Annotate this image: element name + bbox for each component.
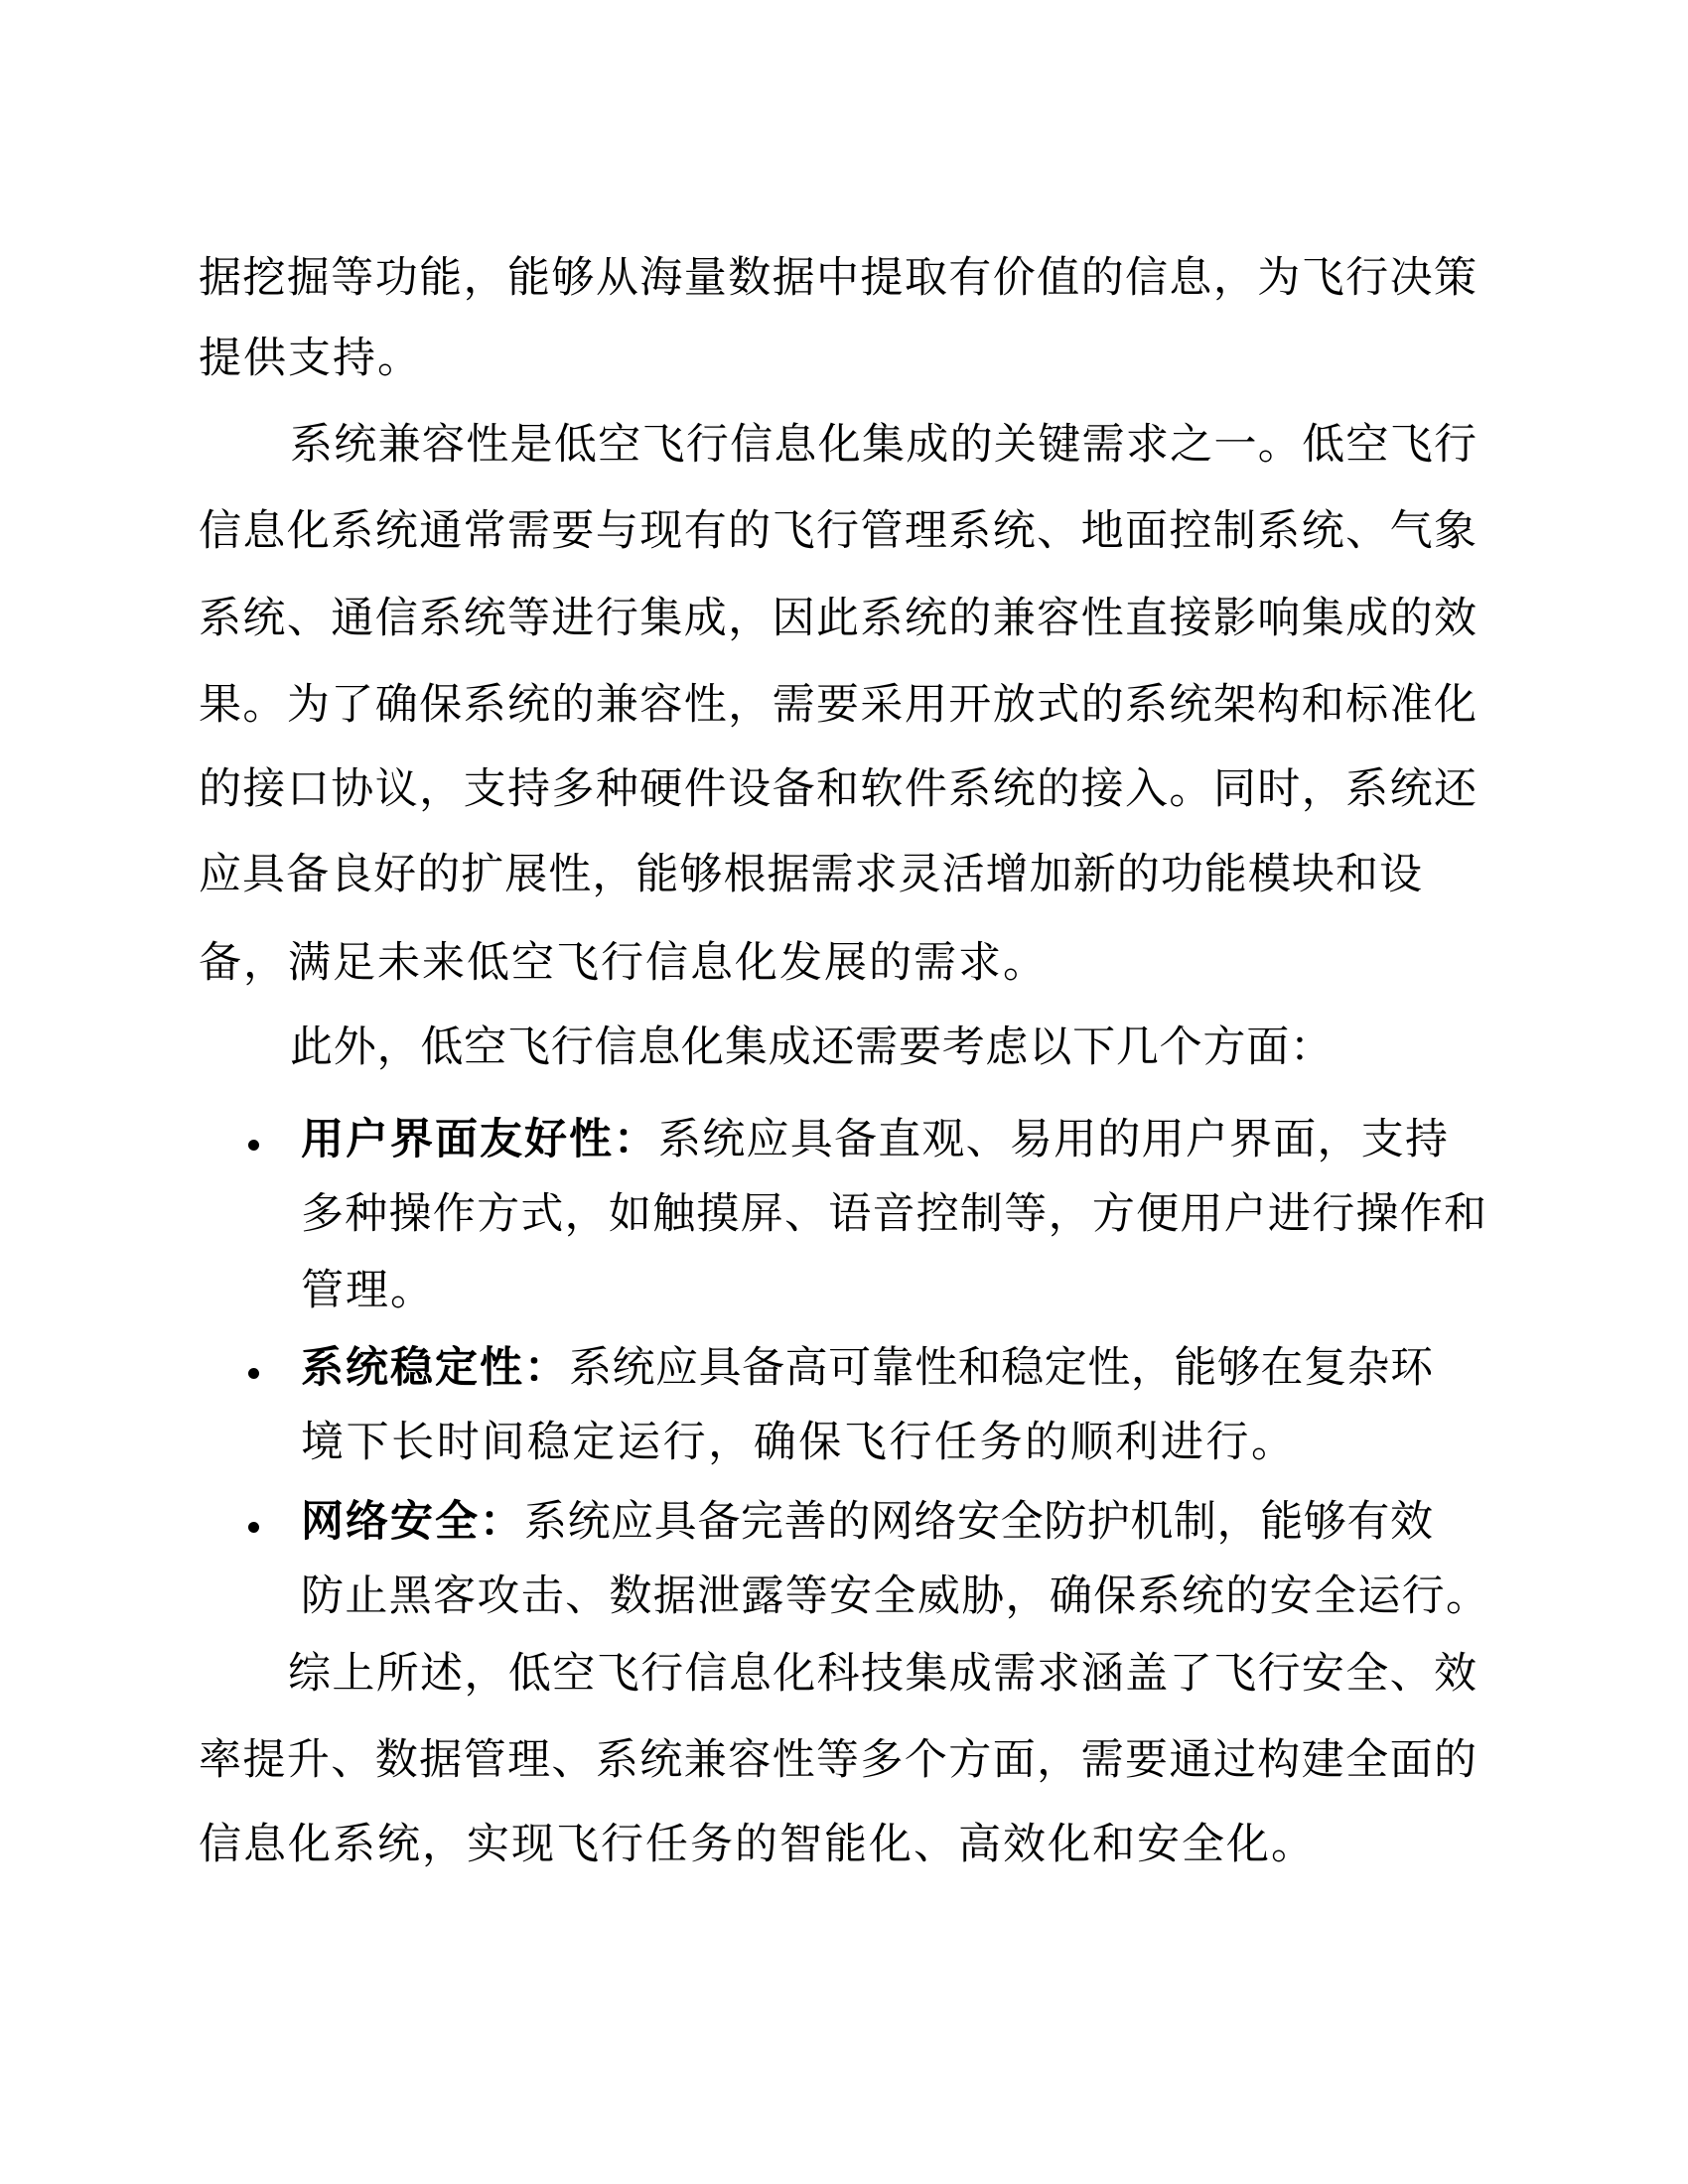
bullet-first-line: 系统稳定性： 系统应具备高可靠性和稳定性，能够在复杂环 xyxy=(301,1342,1433,1394)
bullet-first-line: 用户界面友好性： 系统应具备直观、易用的用户界面，支持 xyxy=(301,1114,1448,1165)
text-line: 备，满足未来低空飞行信息化发展的需求。 xyxy=(199,937,1048,989)
bullet-heading: 用户界面友好性： xyxy=(301,1114,658,1165)
bullet-first-line: 网络安全： 系统应具备完善的网络安全防护机制，能够有效 xyxy=(301,1496,1433,1548)
bullet-continuation-line: 多种操作方式，如触摸屏、语音控制等，方便用户进行操作和 xyxy=(301,1188,1486,1240)
text-line: 综上所述，低空飞行信息化科技集成需求涵盖了飞行安全、效 xyxy=(288,1648,1477,1700)
bullet-dot-icon xyxy=(248,1522,259,1533)
text-line: 提供支持。 xyxy=(199,333,422,384)
bullet-continuation-line: 防止黑客攻击、数据泄露等安全威胁，确保系统的安全运行。 xyxy=(301,1570,1488,1622)
text-line: 应具备良好的扩展性，能够根据需求灵活增加新的功能模块和设 xyxy=(199,849,1422,900)
bullet-continuation-line: 管理。 xyxy=(301,1265,435,1316)
text-line: 果。为了确保系统的兼容性，需要采用开放式的系统架构和标准化 xyxy=(199,679,1477,731)
text-line: 据挖掘等功能，能够从海量数据中提取有价值的信息，为飞行决策 xyxy=(199,252,1477,304)
text-line: 的接口协议，支持多种硬件设备和软件系统的接入。同时，系统还 xyxy=(199,763,1477,815)
text-line: 信息化系统通常需要与现有的飞行管理系统、地面控制系统、气象 xyxy=(199,505,1477,557)
bullet-dot-icon xyxy=(248,1140,259,1151)
bullet-heading: 网络安全： xyxy=(301,1496,524,1548)
text-line: 此外，低空飞行信息化集成还需要考虑以下几个方面： xyxy=(290,1022,1333,1073)
bullet-text: 系统应具备高可靠性和稳定性，能够在复杂环 xyxy=(569,1342,1433,1394)
text-line: 系统、通信系统等进行集成，因此系统的兼容性直接影响集成的效 xyxy=(199,593,1477,644)
bullet-continuation-line: 境下长时间稳定运行，确保飞行任务的顺利进行。 xyxy=(301,1417,1294,1468)
text-line: 率提升、数据管理、系统兼容性等多个方面，需要通过构建全面的 xyxy=(199,1734,1477,1786)
bullet-text: 系统应具备完善的网络安全防护机制，能够有效 xyxy=(524,1496,1433,1548)
text-line: 系统兼容性是低空飞行信息化集成的关键需求之一。低空飞行 xyxy=(290,419,1477,471)
bullet-text: 系统应具备直观、易用的用户界面，支持 xyxy=(658,1114,1448,1165)
text-line: 信息化系统，实现飞行任务的智能化、高效化和安全化。 xyxy=(199,1819,1316,1870)
bullet-dot-icon xyxy=(248,1368,259,1379)
document-page: 据挖掘等功能，能够从海量数据中提取有价值的信息，为飞行决策 提供支持。 系统兼容… xyxy=(0,0,1688,2184)
bullet-heading: 系统稳定性： xyxy=(301,1342,569,1394)
